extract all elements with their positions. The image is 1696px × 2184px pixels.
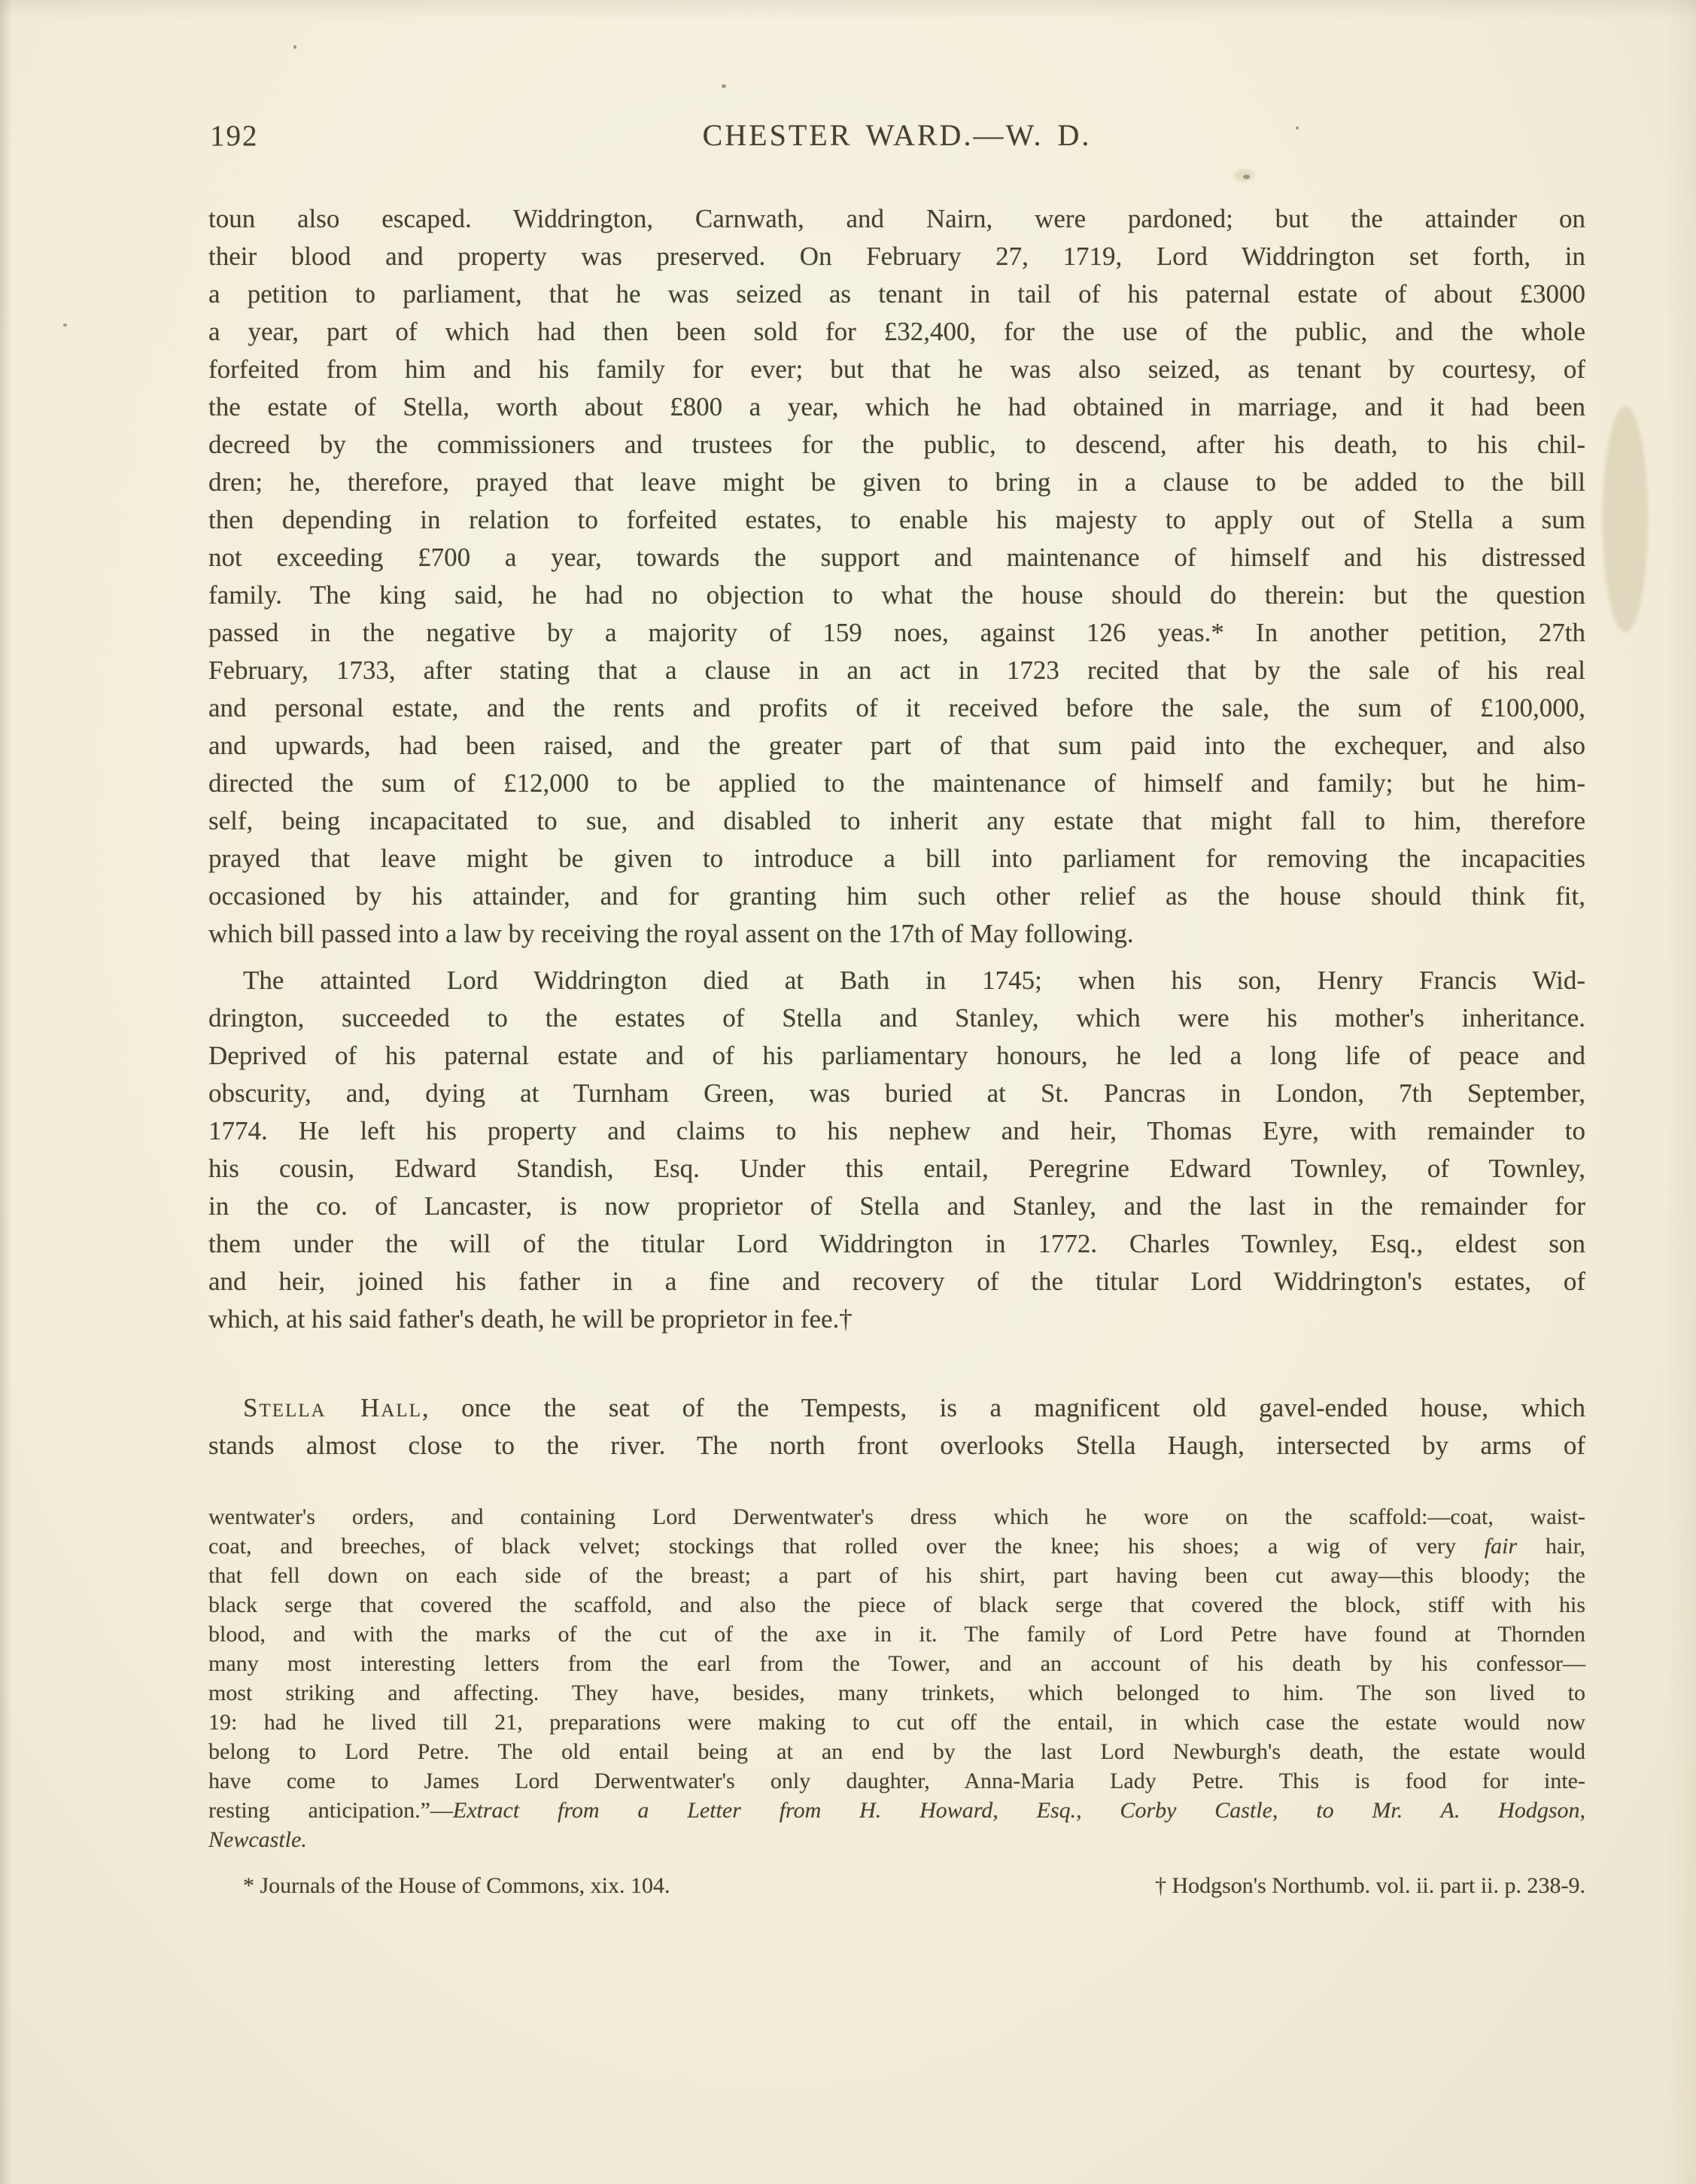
footnote-ref-journals: * Journals of the House of Commons, xix.… [243, 1871, 670, 1900]
scan-speck [63, 324, 67, 327]
footnote-references: * Journals of the House of Commons, xix.… [208, 1871, 1585, 1900]
paragraph-stella-hall: Stella Hall, once the seat of the Tempes… [208, 1389, 1585, 1465]
footnote-derwentwater-letter: wentwater's orders, and containing Lord … [208, 1502, 1585, 1854]
book-page: 192 CHESTER WARD.—W. D. toun also escape… [0, 0, 1696, 2184]
scan-stain [1603, 406, 1648, 632]
page-body: toun also escaped. Widdrington, Carnwath… [208, 200, 1585, 1900]
footnote-ref-hodgson: † Hodgson's Northumb. vol. ii. part ii. … [1155, 1871, 1585, 1900]
scan-stain [1234, 169, 1254, 181]
scan-speck [1296, 126, 1299, 129]
page-number: 192 [210, 119, 259, 153]
paragraph-widdrington-petition: toun also escaped. Widdrington, Carnwath… [208, 200, 1585, 953]
paragraph-widdrington-death: The attainted Lord Widdrington died at B… [208, 962, 1585, 1338]
scan-speck [293, 45, 296, 49]
page-header: 192 CHESTER WARD.—W. D. [208, 117, 1585, 158]
running-title: CHESTER WARD.—W. D. [208, 117, 1585, 153]
scan-speck [722, 84, 726, 88]
